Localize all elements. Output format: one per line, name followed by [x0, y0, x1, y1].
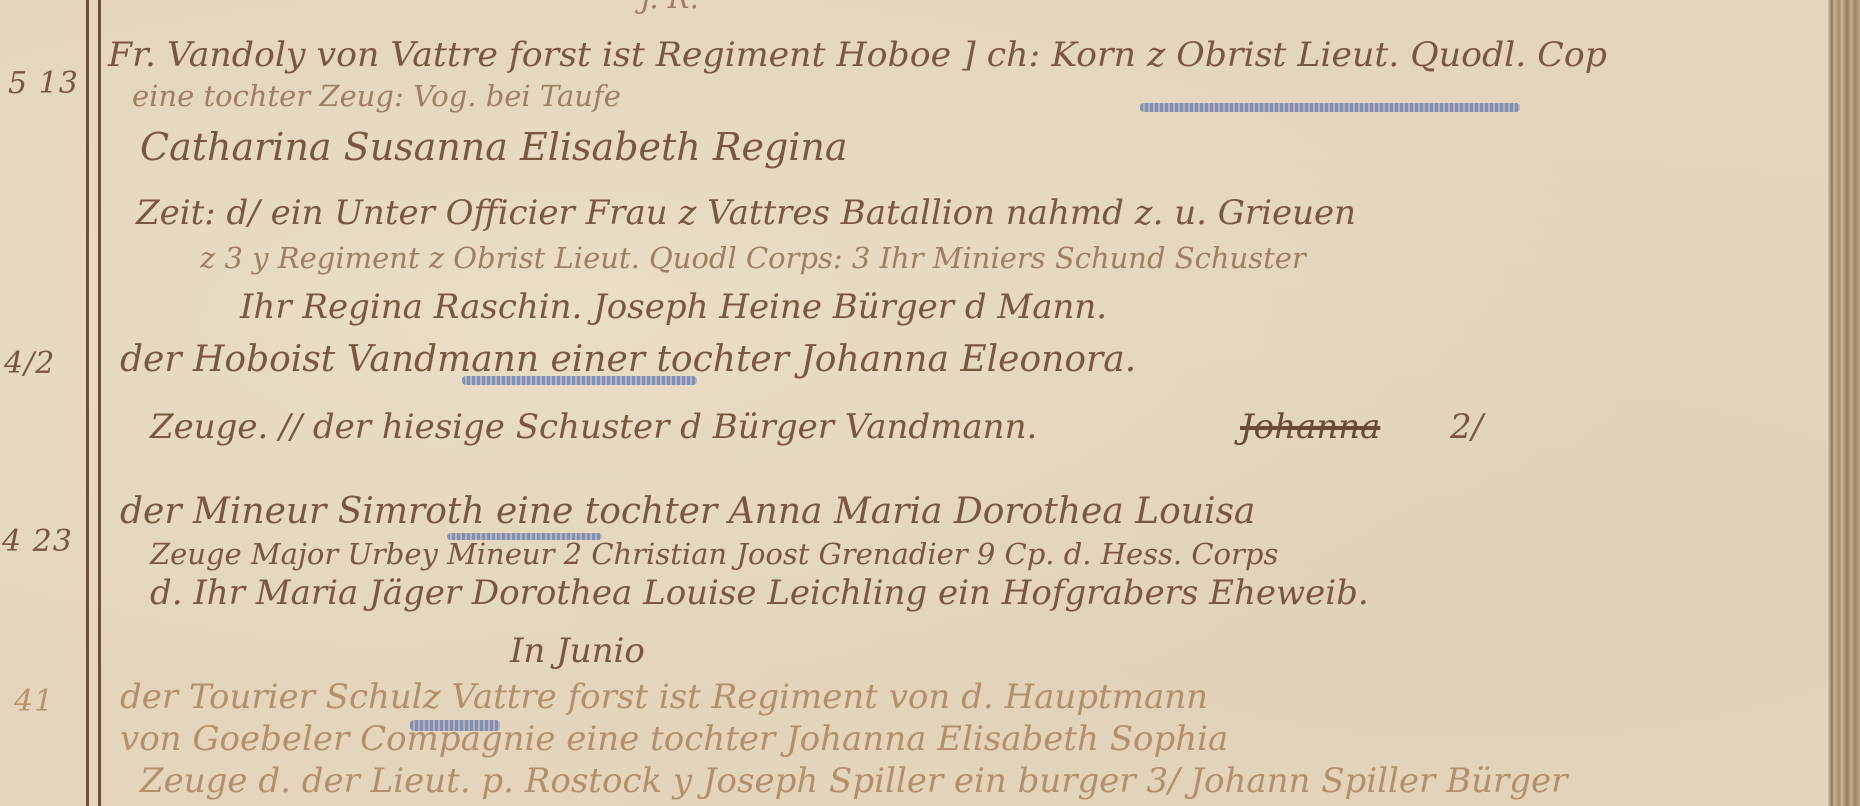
margin-rule-right — [98, 0, 101, 806]
blue-pencil-underline — [462, 376, 697, 385]
header-fragment: J. R. — [640, 0, 699, 13]
margin-number: 4/2 — [4, 346, 55, 381]
struck-out-word: Johanna — [1240, 410, 1380, 444]
margin-rule-left — [86, 0, 89, 806]
entry-line: d. Ihr Maria Jäger Dorothea Louise Leich… — [150, 576, 1369, 610]
entry-line: der Hoboist Vandmann einer tochter Johan… — [120, 342, 1136, 378]
blue-pencil-underline — [1140, 103, 1520, 112]
entry-line: Ihr Regina Raschin. Joseph Heine Bürger … — [240, 290, 1107, 324]
entry-line: Zeuge Major Urbey Mineur 2 Christian Joo… — [150, 540, 1278, 569]
month-heading: In Junio — [510, 634, 645, 668]
margin-number: 5 13 — [8, 66, 79, 101]
entry-line: Zeuge. // der hiesige Schuster d Bürger … — [150, 410, 1037, 444]
entry-line: eine tochter Zeug: Vog. bei Taufe — [132, 82, 621, 111]
entry-line: Zeit: d/ ein Unter Officier Frau z Vattr… — [136, 196, 1356, 230]
entry-line: Catharina Susanna Elisabeth Regina — [140, 128, 848, 166]
entry-line: der Tourier Schulz Vattre forst ist Regi… — [120, 680, 1208, 714]
margin-number: 41 — [14, 684, 54, 719]
entry-line: Zeuge d. der Lieut. p. Rostock y Joseph … — [140, 764, 1567, 798]
entry-line: 2/ — [1450, 410, 1483, 444]
entry-line: Fr. Vandoly von Vattre forst ist Regimen… — [108, 38, 1607, 72]
entry-line: z 3 y Regiment z Obrist Lieut. Quodl Cor… — [200, 244, 1306, 273]
entry-line: der Mineur Simroth eine tochter Anna Mar… — [120, 494, 1255, 530]
margin-number: 4 23 — [2, 524, 73, 559]
entry-line: von Goebeler Compagnie eine tochter Joha… — [120, 722, 1228, 756]
register-page: J. R. 5 13 4/2 4 23 41 Fr. Vandoly von V… — [0, 0, 1860, 806]
book-page-edge — [1828, 0, 1860, 806]
